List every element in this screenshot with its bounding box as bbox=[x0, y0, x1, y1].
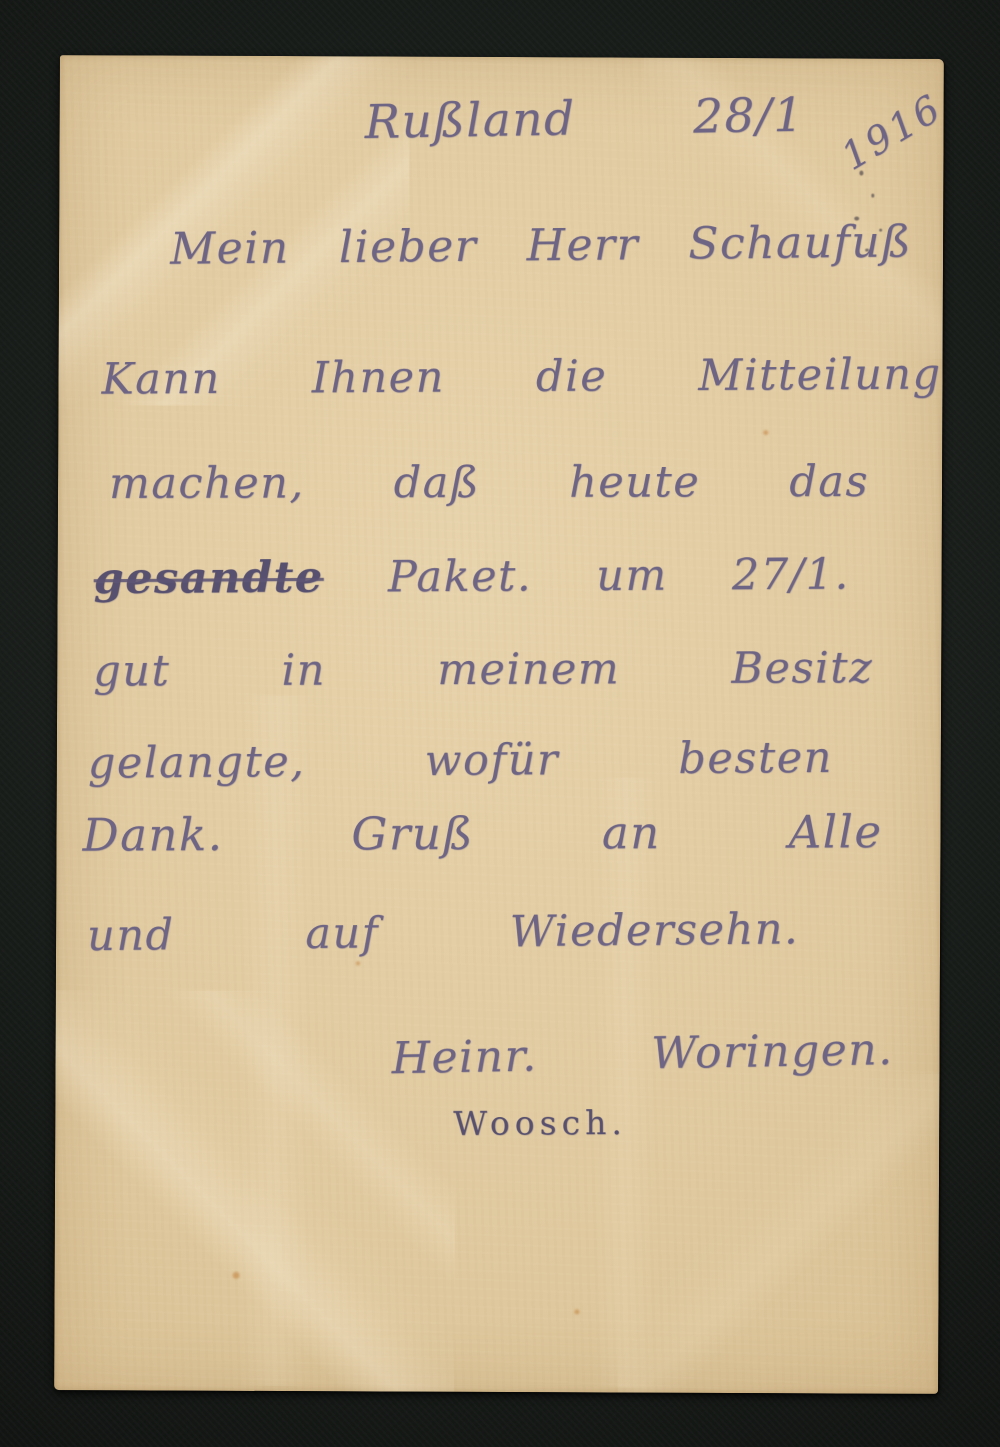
body-line-2: machen, daß heute das bbox=[109, 458, 869, 508]
body-line-3: gesandte Paket. um 27/1. bbox=[94, 551, 850, 604]
foxing-spot bbox=[356, 961, 360, 965]
foxing-spot bbox=[763, 430, 768, 435]
postcard: Rußland 28/1 1916 Mein lieber Herr Schau… bbox=[54, 55, 944, 1394]
signature-line: Heinr. Woringen. bbox=[391, 1025, 894, 1083]
foxing-spot bbox=[574, 1309, 579, 1314]
dateline-text: Rußland 28/1 bbox=[364, 90, 805, 150]
paper-fold-line bbox=[594, 777, 657, 1387]
body-line-5: gelangte, wofür besten bbox=[88, 734, 833, 788]
salutation-line: Mein lieber Herr Schaufuß bbox=[170, 218, 912, 274]
album-page-background: Rußland 28/1 1916 Mein lieber Herr Schau… bbox=[0, 0, 1000, 1447]
foxing-spot bbox=[233, 1272, 240, 1279]
body-line-4: gut in meinem Besitz bbox=[93, 644, 873, 696]
body-line-3-rest: Paket. um 27/1. bbox=[388, 550, 850, 603]
body-line-1: Kann Ihnen die Mitteilung bbox=[101, 351, 941, 404]
body-line-6: Dank. Gruß an Alle bbox=[82, 807, 882, 861]
struck-word: gesandte bbox=[93, 553, 323, 604]
annotation-line: Woosch. bbox=[453, 1105, 668, 1143]
ink-smudge bbox=[871, 194, 874, 198]
body-line-7: und auf Wiedersehn. bbox=[87, 905, 799, 960]
paper-fold-line bbox=[239, 696, 312, 1386]
year-text: 1916 bbox=[834, 86, 943, 179]
